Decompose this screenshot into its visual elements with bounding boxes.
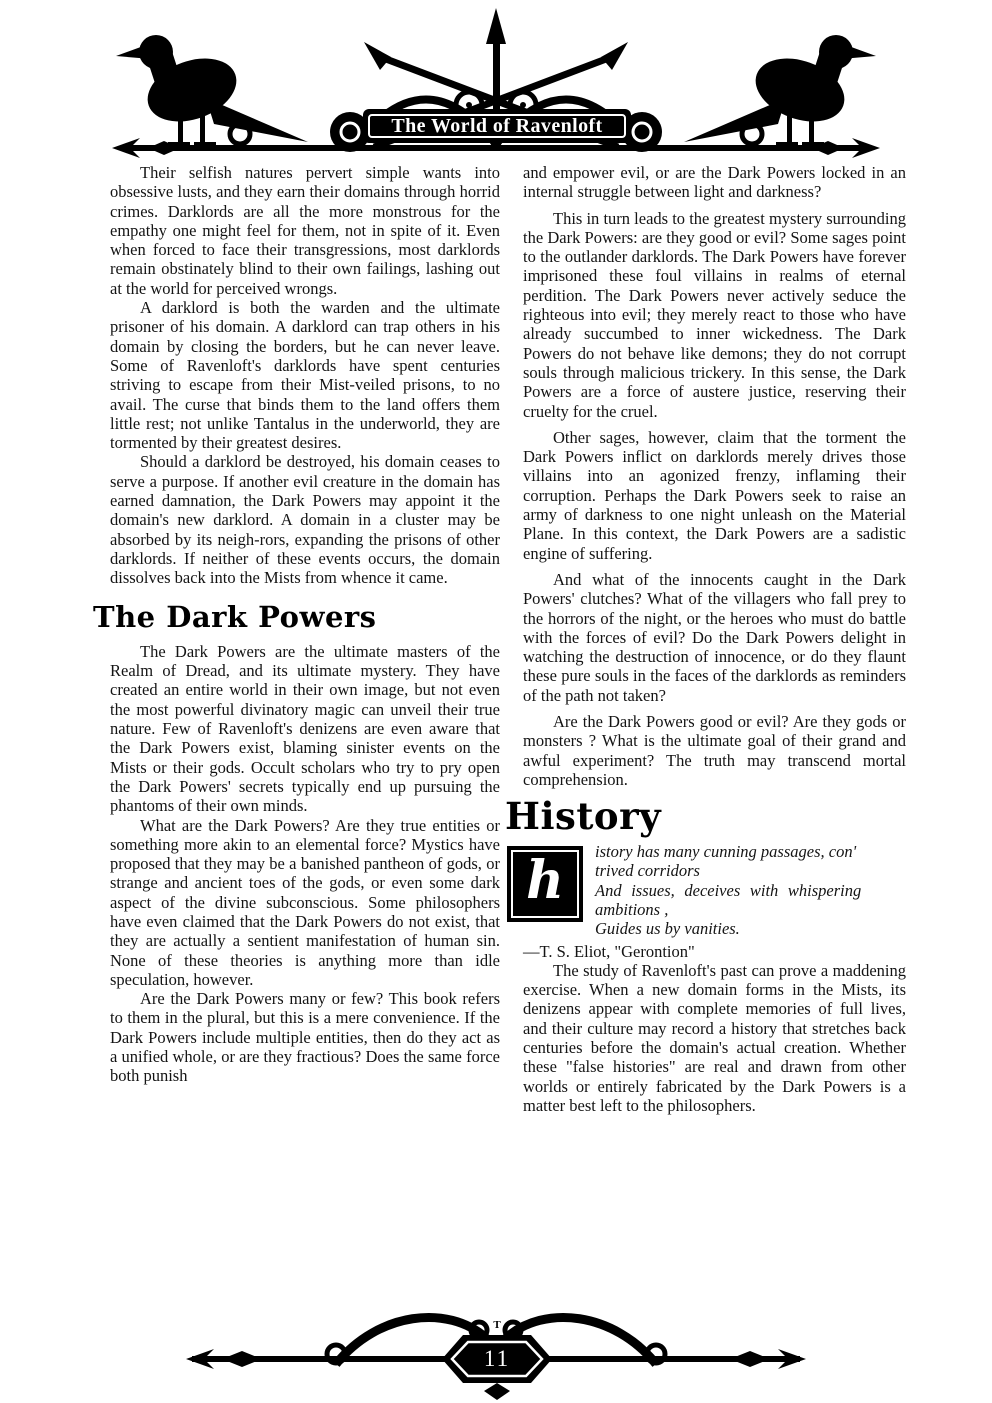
drop-cap: h [507,846,583,922]
page-number: 11 [461,1346,533,1372]
section-heading-dark-powers: The Dark Powers [93,602,500,633]
body-paragraph: The study of Ravenloft's past can prove … [523,961,906,1115]
footer-ornament-letter: T [489,1319,505,1331]
raven-left-icon [116,35,308,146]
drop-cap-frame: h [511,850,579,918]
quote-line: trived corridors [595,861,906,880]
body-paragraph: Should a darklord be destroyed, his doma… [110,452,500,587]
quote-text: istory has many cunning passages, con' t… [595,842,906,938]
section-heading-history: History [505,797,906,836]
quote-line: istory has many cunning passages, con' [595,842,906,861]
left-column: Their selfish natures pervert simple wan… [110,163,500,1086]
drop-cap-letter: h [526,855,564,907]
body-paragraph: Their selfish natures pervert simple wan… [110,163,500,298]
quote-line: ambitions , [595,900,906,919]
body-paragraph: The Dark Powers are the ultimate masters… [110,642,500,816]
epigraph: h istory has many cunning passages, con'… [523,842,906,961]
raven-right-icon [684,35,876,146]
page: { "colors": {"ink": "#141414", "ornament… [0,0,992,1403]
banner-title: The World of Ravenloft [391,115,602,138]
quote-line: Guides us by vanities. [595,919,906,938]
banner-frame: The World of Ravenloft [368,114,626,138]
body-paragraph: This in turn leads to the greatest myste… [523,209,906,421]
body-paragraph: What are the Dark Powers? Are they true … [110,816,500,990]
body-paragraph: Are the Dark Powers good or evil? Are th… [523,712,906,789]
body-paragraph: Other sages, however, claim that the tor… [523,428,906,563]
body-paragraph: And what of the innocents caught in the … [523,570,906,705]
body-paragraph: A darklord is both the warden and the ul… [110,298,500,452]
quote-line: And issues, deceives with whispering [595,881,906,900]
quote-attribution: —T. S. Eliot, "Gerontion" [523,942,906,961]
body-paragraph: Are the Dark Powers many or few? This bo… [110,989,500,1085]
banner: The World of Ravenloft [363,109,631,143]
right-column: and empower evil, or are the Dark Powers… [523,163,906,1122]
body-paragraph: and empower evil, or are the Dark Powers… [523,163,906,202]
